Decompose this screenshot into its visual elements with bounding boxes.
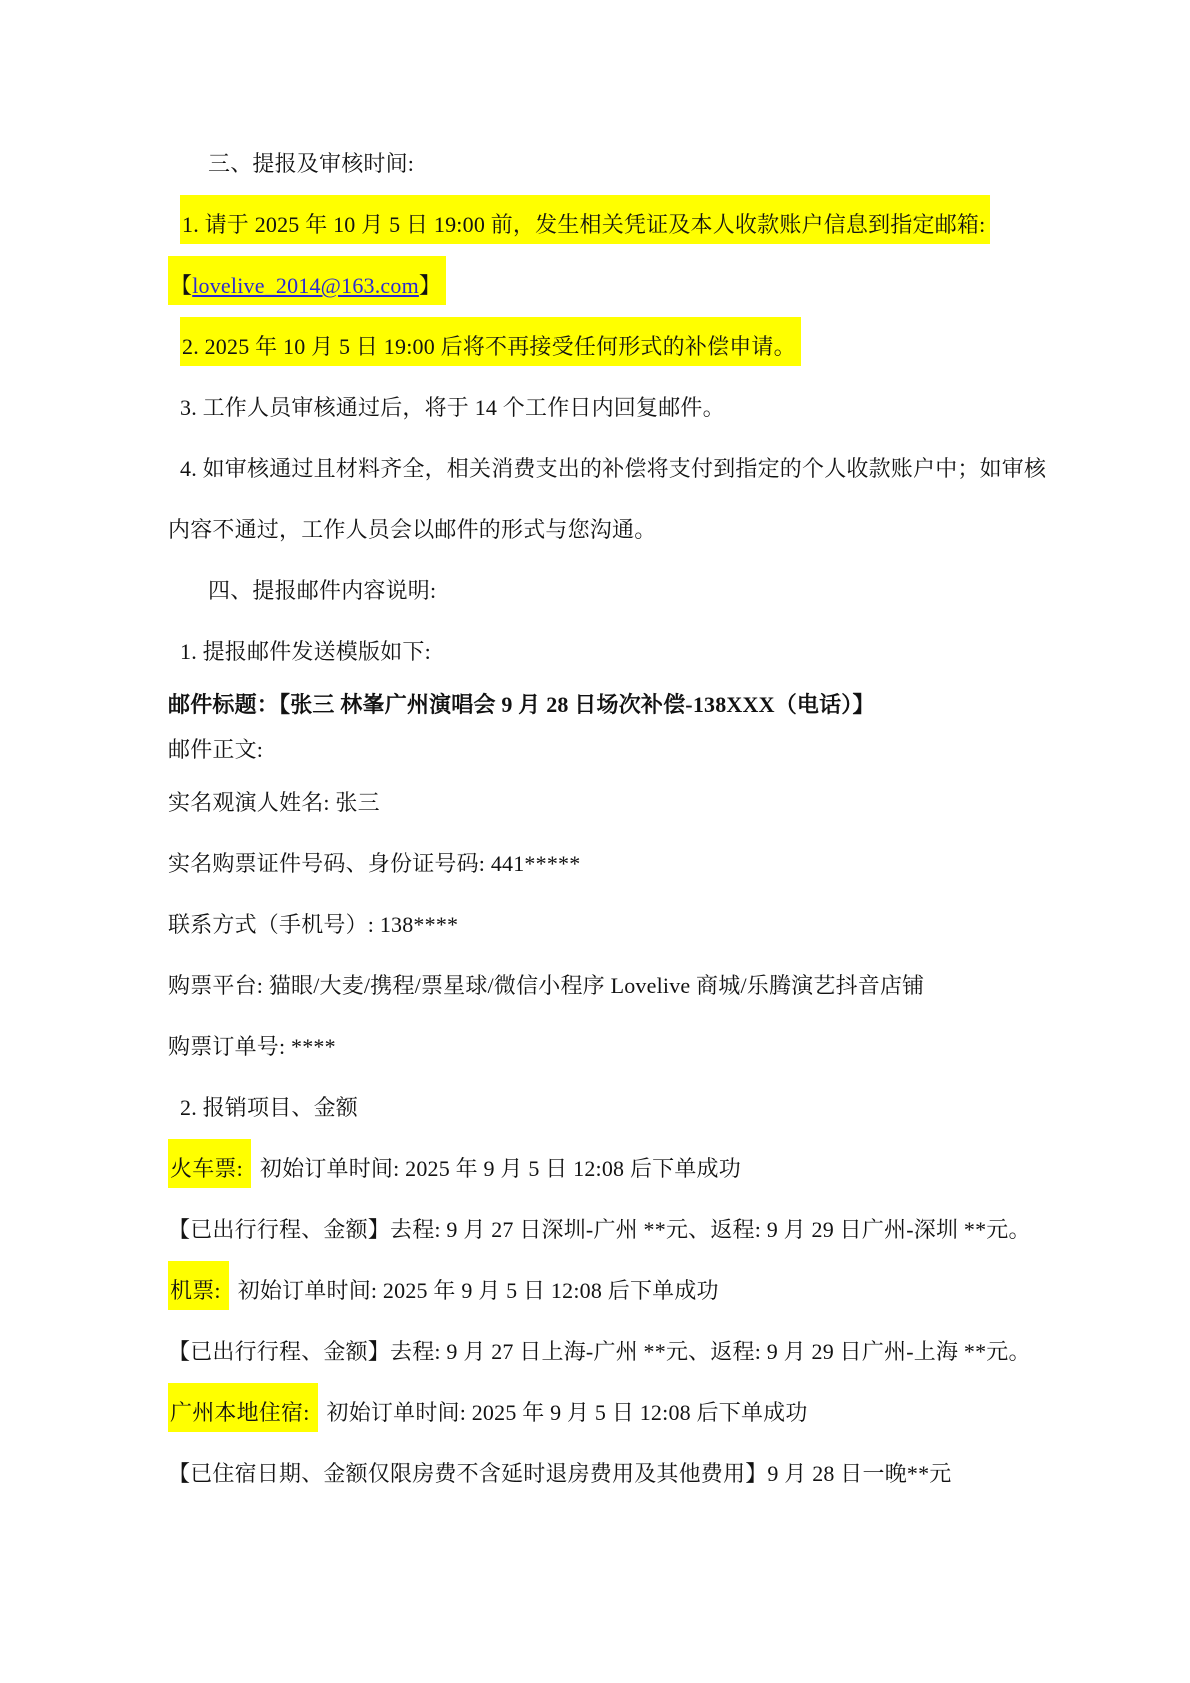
para-reimburse-items-heading: 2. 报销项目、金额 <box>168 1077 1134 1138</box>
para-flight-detail: 【已出行行程、金额】去程: 9 月 27 日上海-广州 **元、返程: 9 月 … <box>168 1321 1134 1382</box>
para-hotel: 广州本地住宿:初始订单时间: 2025 年 9 月 5 日 12:08 后下单成… <box>168 1382 1134 1443</box>
para-review-reply-time: 3. 工作人员审核通过后，将于 14 个工作日内回复邮件。 <box>168 377 1134 438</box>
para-email-template-intro: 1. 提报邮件发送模版如下: <box>168 621 1134 682</box>
para-contact-phone: 联系方式（手机号）: 138**** <box>168 894 1134 955</box>
para-order-number: 购票订单号: **** <box>168 1016 1134 1077</box>
para-ticket-platforms: 购票平台: 猫眼/大麦/携程/票星球/微信小程序 Lovelive 商城/乐腾演… <box>168 955 1134 1016</box>
highlight-train-ticket-label: 火车票: <box>168 1139 251 1188</box>
para-email-body-label: 邮件正文: <box>168 727 1134 772</box>
hotel-order-time: 初始订单时间: 2025 年 9 月 5 日 12:08 后下单成功 <box>327 1400 808 1425</box>
para-submit-deadline: 1. 请于 2025 年 10 月 5 日 19:00 前，发生相关凭证及本人收… <box>168 194 1134 255</box>
para-review-pass-line1: 4. 如审核通过且材料齐全，相关消费支出的补偿将支付到指定的个人收款账户中；如审… <box>168 438 1134 499</box>
para-viewer-name: 实名观演人姓名: 张三 <box>168 772 1134 833</box>
para-flight-ticket: 机票:初始订单时间: 2025 年 9 月 5 日 12:08 后下单成功 <box>168 1260 1134 1321</box>
para-no-more-applications: 2. 2025 年 10 月 5 日 19:00 后将不再接受任何形式的补偿申请… <box>168 316 1134 377</box>
para-hotel-detail: 【已住宿日期、金额仅限房费不含延时退房费用及其他费用】9 月 28 日一晚**元 <box>168 1443 1134 1504</box>
section-3-heading: 三、提报及审核时间: <box>168 133 1134 194</box>
para-email-address: 【lovelive_2014@163.com】 <box>168 255 1134 316</box>
highlight-no-more-applications: 2. 2025 年 10 月 5 日 19:00 后将不再接受任何形式的补偿申请… <box>180 317 801 366</box>
email-bracket-close: 】 <box>419 273 441 298</box>
flight-order-time: 初始订单时间: 2025 年 9 月 5 日 12:08 后下单成功 <box>238 1278 719 1303</box>
para-email-subject-template: 邮件标题：【张三 林峯广州演唱会 9 月 28 日场次补偿-138XXX（电话）… <box>168 682 1134 727</box>
document-page: 三、提报及审核时间: 1. 请于 2025 年 10 月 5 日 19:00 前… <box>0 0 1190 1683</box>
section-4-heading: 四、提报邮件内容说明: <box>168 560 1134 621</box>
para-id-number: 实名购票证件号码、身份证号码: 441***** <box>168 833 1134 894</box>
train-order-time: 初始订单时间: 2025 年 9 月 5 日 12:08 后下单成功 <box>260 1156 741 1181</box>
highlight-flight-ticket-label: 机票: <box>168 1261 229 1310</box>
para-train-ticket: 火车票:初始订单时间: 2025 年 9 月 5 日 12:08 后下单成功 <box>168 1138 1134 1199</box>
highlight-email: 【lovelive_2014@163.com】 <box>168 256 446 305</box>
email-bracket-open: 【 <box>170 273 192 298</box>
highlight-submit-deadline: 1. 请于 2025 年 10 月 5 日 19:00 前，发生相关凭证及本人收… <box>180 195 990 244</box>
para-train-detail: 【已出行行程、金额】去程: 9 月 27 日深圳-广州 **元、返程: 9 月 … <box>168 1199 1134 1260</box>
highlight-hotel-label: 广州本地住宿: <box>168 1383 318 1432</box>
email-link[interactable]: lovelive_2014@163.com <box>192 273 419 298</box>
para-review-pass-line2: 内容不通过，工作人员会以邮件的形式与您沟通。 <box>168 499 1134 560</box>
